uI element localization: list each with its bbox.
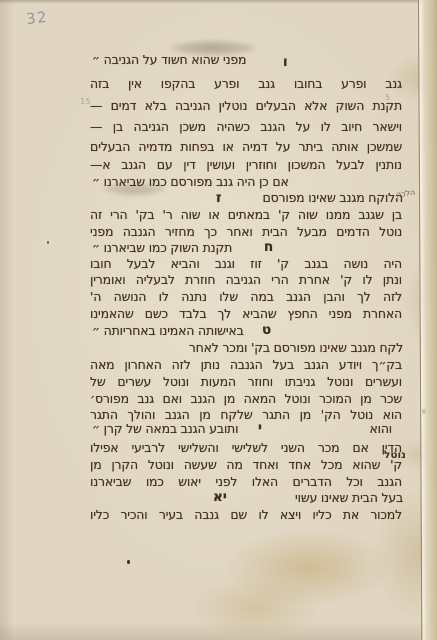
- text-line: מפני שהוא חשוד על הגניבה ״: [92, 52, 246, 67]
- text-line: ותובע הגנב במאה של קרן ״: [92, 421, 238, 436]
- text-line: למכור את כליו ויצא לו שם גנבה בעיר והכיר…: [90, 507, 402, 522]
- manuscript-page: 32 15 5 מפני שהוא חשוד על הגניבה ״ ו גנב…: [0, 0, 437, 640]
- text-line: תקנת השוק אלא הבעלים נוטלין הגניבה בלא ד…: [90, 98, 402, 113]
- text-line: שכר מן המוכר ונוטל המאה מן הגנב ואם גנב …: [90, 391, 402, 406]
- text-line: הגנב וכל הדברים האלו לפני יאוש כמו שביאר…: [90, 474, 402, 489]
- folio-number: 32: [25, 8, 49, 29]
- section-numeral: יא: [213, 489, 227, 505]
- text-line: ונתן לו ק' אחרת הרי הגניבה חוזרת לבעליה …: [90, 272, 402, 287]
- section-numeral: ז: [216, 190, 221, 206]
- text-line: וישאר חיוב לו על הגנב כשהיה משכן הגניבה …: [90, 119, 402, 134]
- text-line: נוטל הדמים מבעל הבית ואחר כך מחזיר הגנבה…: [90, 224, 402, 239]
- text-line: לזה לך והבן הגנב במה שלו נתנה לו הנושה ה…: [90, 289, 402, 304]
- margin-note: הלכה: [395, 188, 415, 200]
- text-line: תקנת השוק כמו שביארנו ״: [92, 240, 232, 255]
- text-line: אם כן היה גנב מפורסם כמו שביארנו ״: [92, 174, 289, 189]
- page-edge: [418, 0, 437, 640]
- section-numeral: ח: [264, 239, 273, 255]
- text-line: בק״ך ויודע הגנב בעל הגנבה נותן לזה האחרו…: [90, 357, 402, 372]
- text-line: הדין אם מכר השני לשלישי והשלישי לרביעי א…: [90, 440, 402, 455]
- margin-note: נוטל: [384, 449, 406, 461]
- text-line: נותנין לבעל המשכון וחוזרין ועושין דין עם…: [90, 157, 402, 172]
- text-line: גנב ופרע בחובו גנב ופרע בהקפו אין בזה: [90, 76, 402, 91]
- text-line: בעל הבית שאינו עשוי: [295, 490, 403, 505]
- ink-spot: [127, 560, 130, 564]
- text-line: והוא: [369, 421, 392, 436]
- section-numeral: ו: [283, 54, 288, 70]
- text-line: הוא נוטל הק' מן התגר שלקח מן הגנב והולך …: [90, 407, 402, 422]
- text-line: שמשכן אותה ביתר על דמיה או בפחות מדמיה ה…: [90, 139, 402, 154]
- text-line: בן שגנב ממנו שוה ק' במאתים או שוה ר' בק'…: [90, 207, 402, 222]
- text-line: לקח מגנב שאינו מפורסם בק' ומכר לאחר: [189, 340, 403, 355]
- text-line: ק' שהוא מכל אחד ואחד מה שעשה ונוטל הקרן …: [90, 457, 402, 472]
- ink-spot: [47, 241, 49, 244]
- text-line: באישותה האמינו באחריותה ״: [92, 323, 244, 338]
- section-numeral: ט: [262, 322, 271, 338]
- text-line: האחרת מפני החפץ שהביא לך בלבד כשם שהאמינ…: [90, 306, 402, 321]
- text-line: הלוקח מגנב שאינו מפורסם: [263, 190, 404, 205]
- section-numeral: י: [258, 420, 262, 436]
- text-line: היה נושה בגנב ק' זוז וגנב והביא לבעל חוב…: [90, 256, 402, 271]
- text-line: ועשרים ונוטל גניבתו וחוזר המעות ונוטל עש…: [90, 374, 402, 389]
